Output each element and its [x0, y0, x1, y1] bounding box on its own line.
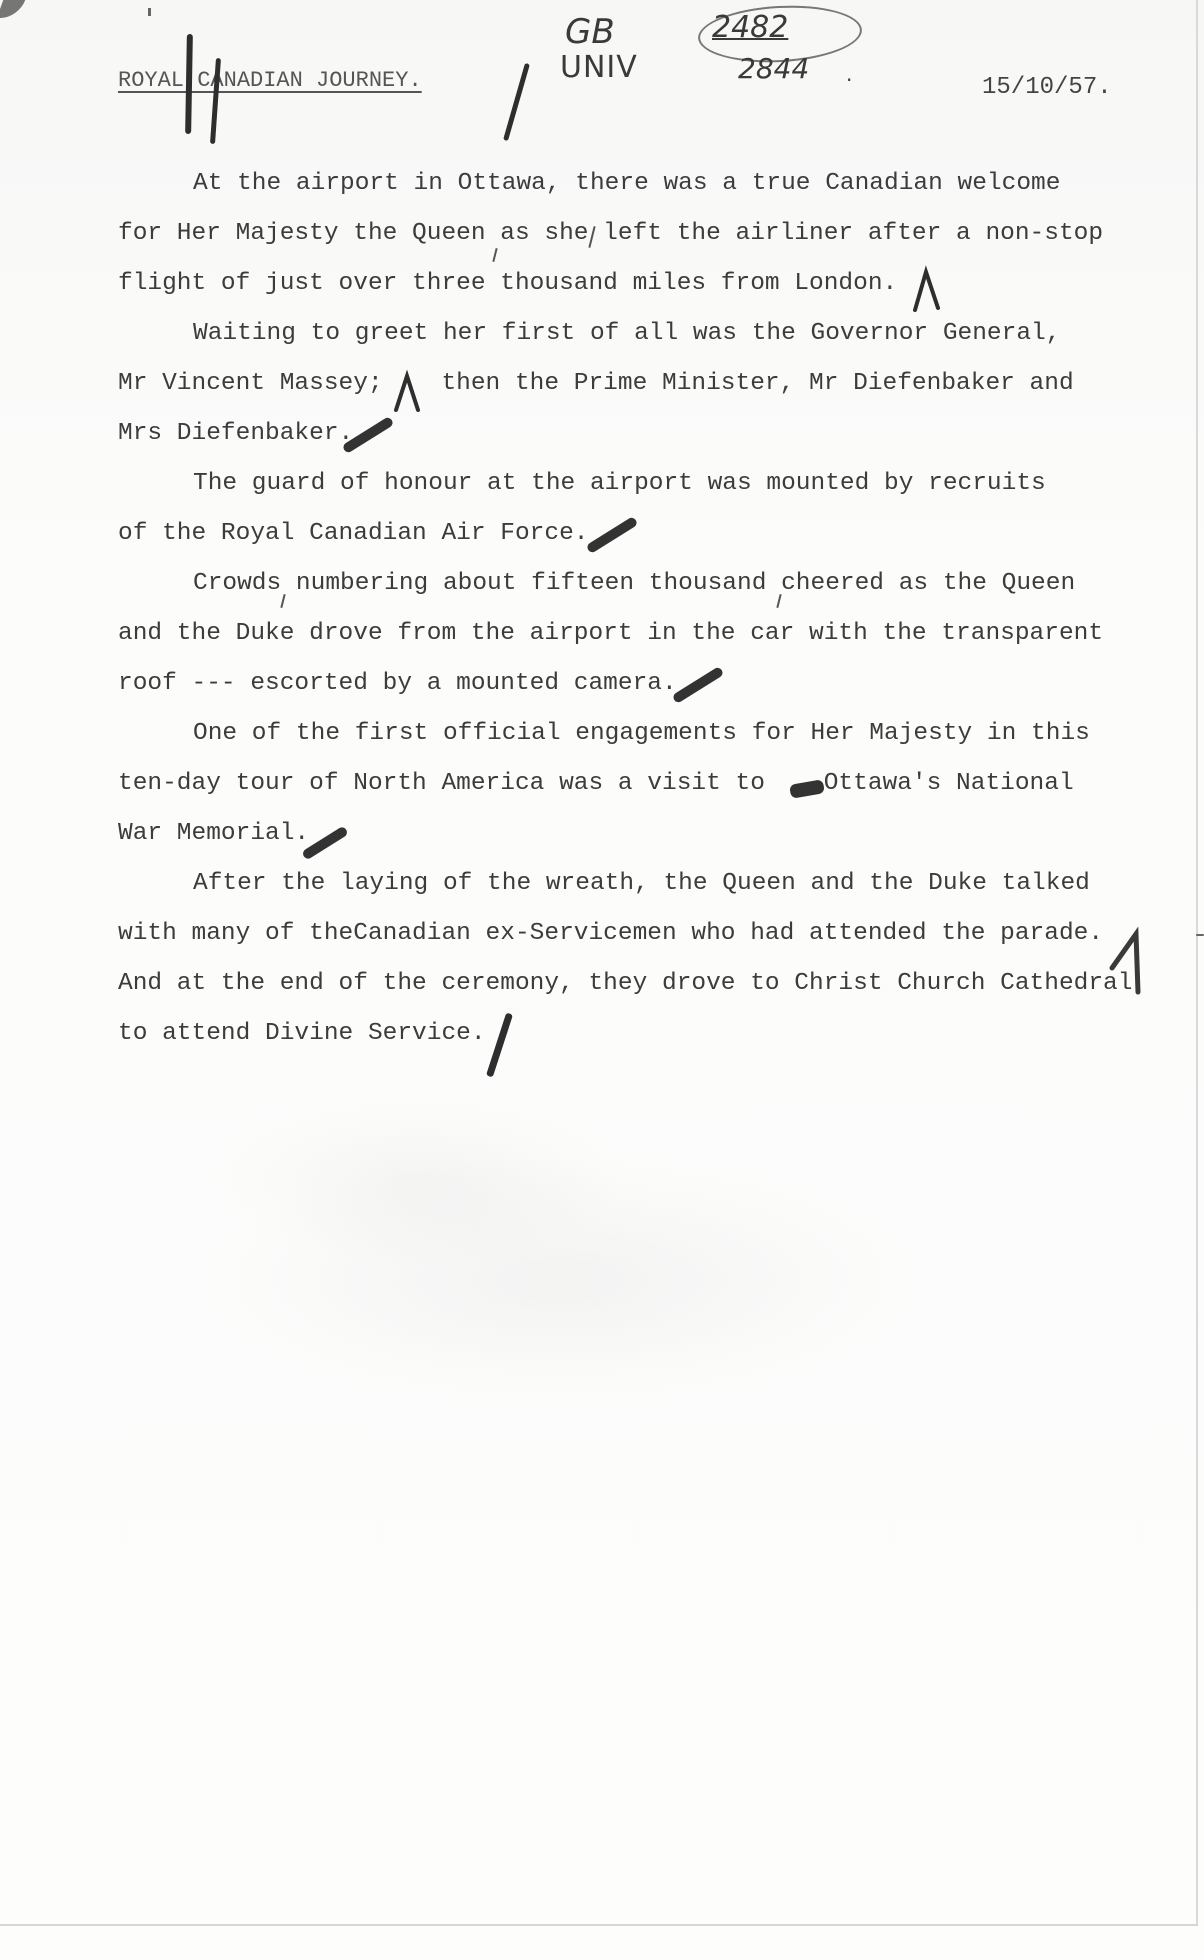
body-line: Mr Vincent Massey; then the Prime Minist…	[118, 372, 1074, 397]
body-line: Waiting to greet her first of all was th…	[193, 322, 1060, 347]
page-edge-right	[1196, 0, 1198, 1925]
handwritten-category: UNIV	[560, 50, 638, 85]
edit-slash-mark	[503, 63, 530, 141]
body-line: And at the end of the ceremony, they dro…	[118, 972, 1132, 997]
comma-insertion-mark	[492, 248, 497, 262]
page-edge-bottom	[0, 1924, 1198, 1926]
body-line: flight of just over three thousand miles…	[118, 272, 897, 297]
body-line: with many of theCanadian ex-Servicemen w…	[118, 922, 1103, 947]
document-date: 15/10/57.	[982, 76, 1112, 100]
body-line: After the laying of the wreath, the Quee…	[193, 872, 1090, 897]
body-line: of the Royal Canadian Air Force.	[118, 522, 588, 547]
edit-bar-mark	[185, 34, 193, 134]
handwritten-dot: .	[846, 62, 852, 86]
body-line: roof --- escorted by a mounted camera.	[118, 672, 677, 697]
body-line: The guard of honour at the airport was m…	[193, 472, 1046, 497]
body-line: and the Duke drove from the airport in t…	[118, 622, 1103, 647]
caret-mark-icon	[912, 268, 942, 312]
slash-mark	[586, 516, 639, 554]
body-line: One of the first official engagements fo…	[193, 722, 1090, 747]
handwritten-code: GB	[565, 12, 615, 52]
handwritten-number: 2844	[738, 52, 809, 85]
handwritten-circled-number: 2482	[712, 10, 788, 45]
body-line: to attend Divine Service.	[118, 1022, 486, 1047]
slash-mark	[486, 1013, 513, 1078]
body-line: War Memorial.	[118, 822, 309, 847]
body-line: ten-day tour of North America was a visi…	[118, 772, 1074, 797]
caret-mark-icon	[1108, 928, 1144, 994]
margin-tick-mark	[148, 8, 151, 16]
body-line: Crowds numbering about fifteen thousand …	[193, 572, 1075, 597]
document-title: ROYAL CANADIAN JOURNEY.	[118, 70, 422, 92]
slash-mark	[672, 666, 725, 704]
corner-smudge	[0, 0, 25, 18]
body-line: At the airport in Ottawa, there was a tr…	[193, 172, 1060, 197]
document-page: ROYAL CANADIAN JOURNEY. 15/10/57. GB UNI…	[0, 0, 1204, 1959]
body-line: Mrs Diefenbaker.	[118, 422, 353, 447]
margin-tick-mark	[1196, 934, 1204, 936]
body-line: for Her Majesty the Queen as she left th…	[118, 222, 1103, 247]
caret-mark-icon	[392, 370, 422, 414]
